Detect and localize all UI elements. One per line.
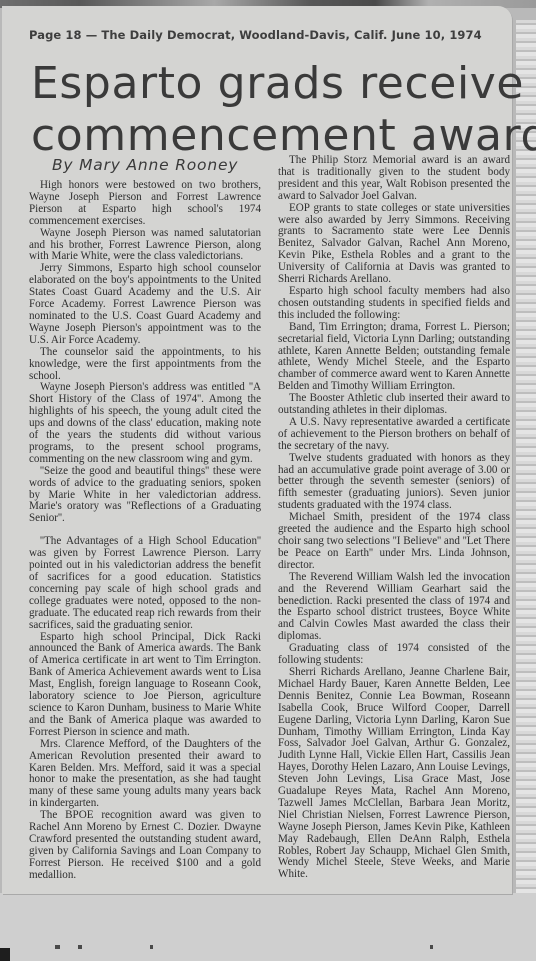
- byline: By Mary Anne Rooney: [52, 156, 238, 174]
- newspaper-clipping: Page 18 — The Daily Democrat, Woodland-D…: [2, 6, 512, 894]
- headline: Esparto grads receive commencement award…: [31, 58, 511, 162]
- paragraph: The BPOE recognition award was given to …: [29, 810, 261, 881]
- paragraph: Sherri Richards Arellano, Jeanne Charlen…: [278, 667, 510, 881]
- dateline: Page 18 — The Daily Democrat, Woodland-D…: [29, 28, 482, 42]
- paragraph: Esparto high school Principal, Dick Rack…: [29, 632, 261, 739]
- paragraph: The Reverend William Walsh led the invoc…: [278, 572, 510, 643]
- article-column-right: The Philip Storz Memorial award is an aw…: [278, 155, 510, 881]
- print-speck: [150, 945, 153, 949]
- background-edge-right: [516, 20, 536, 960]
- paragraph: Twelve students graduated with honors as…: [278, 453, 510, 513]
- paragraph: Esparto high school faculty members had …: [278, 286, 510, 322]
- paragraph: ''Seize the good and beautiful things'' …: [29, 466, 261, 526]
- paragraph: A U.S. Navy representative awarded a cer…: [278, 417, 510, 453]
- background-surface: [0, 893, 536, 961]
- paragraph: Band, Tim Errington; drama, Forrest L. P…: [278, 322, 510, 393]
- paragraph: The Booster Athletic club inserted their…: [278, 393, 510, 417]
- paragraph: The counselor said the appointments, to …: [29, 347, 261, 383]
- paragraph: ''The Advantages of a High School Educat…: [29, 536, 261, 631]
- paragraph: EOP grants to state colleges or state un…: [278, 203, 510, 286]
- paragraph: High honors were bestowed on two brother…: [29, 180, 261, 228]
- print-speck: [55, 945, 60, 949]
- article-column-left: High honors were bestowed on two brother…: [29, 180, 261, 882]
- print-speck: [78, 945, 82, 949]
- paragraph: Wayne Joseph Pierson was named salutator…: [29, 228, 261, 264]
- headline-line-1: Esparto grads receive: [31, 58, 511, 110]
- paragraph: The Philip Storz Memorial award is an aw…: [278, 155, 510, 203]
- background-edge-bottom: [0, 948, 10, 961]
- paragraph: Mrs. Clarence Mefford, of the Daughters …: [29, 739, 261, 810]
- paragraph: Michael Smith, president of the 1974 cla…: [278, 512, 510, 572]
- paragraph: Wayne Joseph Pierson's address was entit…: [29, 382, 261, 465]
- paragraph: Graduating class of 1974 consisted of th…: [278, 643, 510, 667]
- paragraph: Jerry Simmons, Esparto high school couns…: [29, 263, 261, 346]
- print-speck: [430, 945, 433, 949]
